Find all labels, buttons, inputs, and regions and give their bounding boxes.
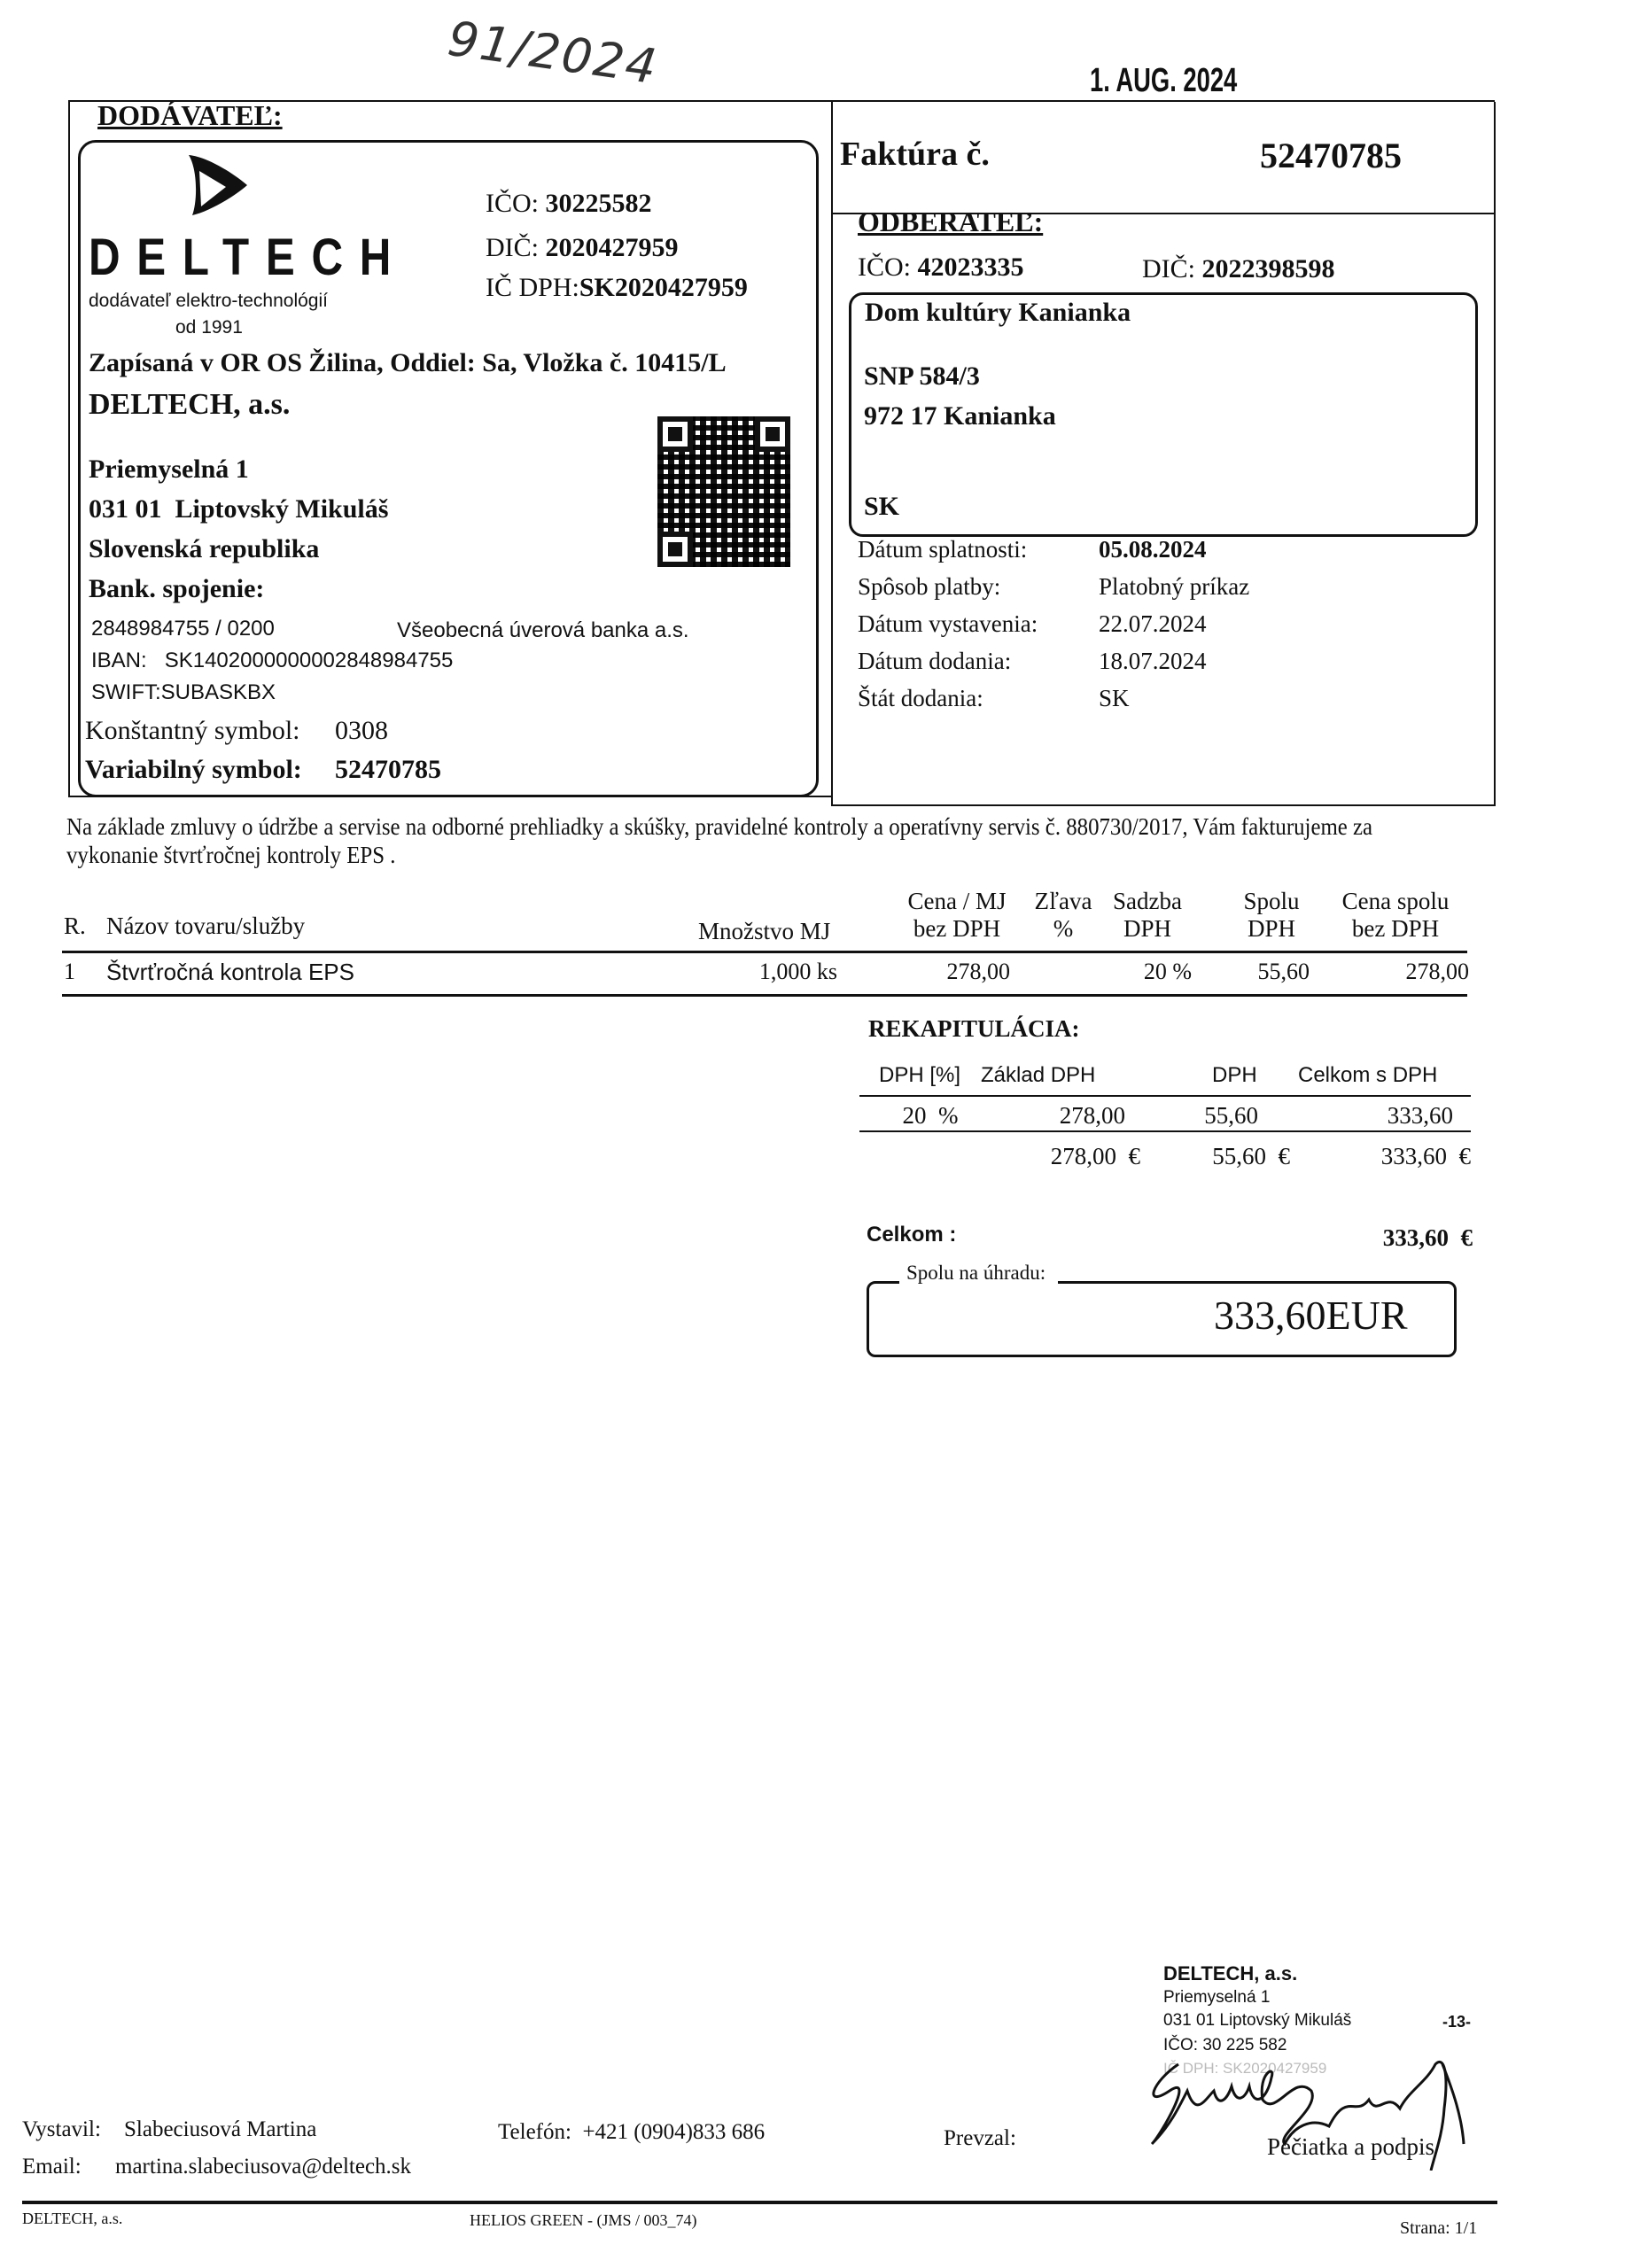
customer-city: 972 17 Kanianka bbox=[864, 401, 1056, 431]
logo-tagline: dodávateľ elektro-technológií bbox=[89, 291, 328, 312]
bank-name: Všeobecná úverová banka a.s. bbox=[397, 618, 689, 643]
col-total-l2: bez DPH bbox=[1333, 915, 1458, 943]
col-vat-total-l2: DPH bbox=[1227, 915, 1316, 943]
handwritten-invoice-ref: 91/2024 bbox=[445, 11, 662, 96]
customer-dic-label: DIČ: bbox=[1142, 254, 1195, 283]
date-value: 22.07.2024 bbox=[1099, 610, 1207, 638]
cell-vat-rate: 20 % bbox=[1103, 959, 1192, 985]
col-total: Cena spolu bez DPH bbox=[1333, 888, 1458, 943]
footer-page: Strana: 1/1 bbox=[1400, 2218, 1477, 2239]
stamp-city: 031 01 Liptovský Mikuláš bbox=[1163, 2011, 1351, 2031]
supplier-ico: IČO: 30225582 bbox=[486, 189, 652, 219]
supplier-icdph: IČ DPH:SK2020427959 bbox=[486, 273, 748, 303]
supplier-dic: DIČ: 2020427959 bbox=[486, 233, 679, 263]
dic-label: DIČ: bbox=[486, 233, 539, 262]
email-label: Email: bbox=[22, 2155, 82, 2179]
col-r: R. bbox=[64, 913, 86, 940]
frame-divider bbox=[831, 100, 833, 804]
date-value: 05.08.2024 bbox=[1099, 536, 1207, 563]
issued-by-value: Slabeciusová Martina bbox=[124, 2117, 316, 2142]
email-value[interactable]: martina.slabeciusova@deltech.sk bbox=[115, 2155, 411, 2179]
supplier-city: 031 01 Liptovský Mikuláš bbox=[89, 494, 388, 524]
col-vat-total-l1: Spolu bbox=[1227, 888, 1316, 915]
col-unit-price-l1: Cena / MJ bbox=[895, 888, 1019, 915]
recap-col-total: Celkom s DPH bbox=[1298, 1063, 1437, 1088]
received-date-stamp: 1. AUG. 2024 bbox=[1090, 62, 1237, 100]
constant-symbol-value: 0308 bbox=[335, 716, 388, 746]
dic-value: 2020427959 bbox=[546, 233, 679, 262]
col-vat-rate: Sadzba DPH bbox=[1103, 888, 1192, 943]
recap-sum-rule bbox=[859, 1130, 1471, 1132]
cell-unit-price: 278,00 bbox=[895, 959, 1010, 985]
supplier-street: Priemyselná 1 bbox=[89, 454, 249, 485]
cell-name: Štvrťročná kontrola EPS bbox=[106, 959, 638, 986]
bank-iban: IBAN: SK1402000000002848984755 bbox=[91, 649, 453, 673]
supplier-country: Slovenská republika bbox=[89, 534, 319, 564]
supplier-name: DELTECH, a.s. bbox=[89, 388, 290, 422]
recap-sum-total: 333,60 € bbox=[1311, 1143, 1471, 1170]
amount-due-currency: EUR bbox=[1326, 1293, 1408, 1338]
date-label: Dátum vystavenia: bbox=[858, 610, 1038, 638]
frame-left bbox=[68, 100, 70, 797]
amount-due-number: 333,60 bbox=[1214, 1293, 1326, 1338]
date-label: Dátum dodania: bbox=[858, 648, 1011, 675]
invoice-title: Faktúra č. bbox=[840, 135, 990, 174]
supplier-heading: DODÁVATEĽ: bbox=[97, 99, 283, 132]
cell-r: 1 bbox=[64, 959, 90, 985]
frame-right bbox=[1494, 102, 1496, 806]
col-vat-rate-l1: Sadzba bbox=[1103, 888, 1192, 915]
amount-due-label: Spolu na úhradu: bbox=[899, 1262, 1058, 1285]
grand-total-label: Celkom : bbox=[867, 1223, 956, 1247]
swift-value: SUBASKBX bbox=[161, 680, 276, 704]
recap-sum-vat: 55,60 € bbox=[1152, 1143, 1290, 1170]
customer-dic: DIČ: 2022398598 bbox=[1142, 254, 1335, 284]
bank-heading: Bank. spojenie: bbox=[89, 574, 264, 604]
stamp-company: DELTECH, a.s. bbox=[1163, 1962, 1297, 1985]
customer-ico: IČO: 42023335 bbox=[858, 252, 1024, 283]
cell-vat-total: 55,60 bbox=[1214, 959, 1310, 985]
col-total-l1: Cena spolu bbox=[1333, 888, 1458, 915]
col-discount-l2: % bbox=[1028, 915, 1099, 943]
grand-total-value: 333,60 € bbox=[1311, 1224, 1473, 1252]
bank-account: 2848984755 / 0200 bbox=[91, 617, 275, 641]
recap-cell-rate: 20 % bbox=[877, 1102, 983, 1130]
col-vat-rate-l2: DPH bbox=[1103, 915, 1192, 943]
col-qty: Množstvo MJ bbox=[698, 918, 830, 945]
description-line-1: Na základe zmluvy o údržbe a servise na … bbox=[66, 813, 1372, 841]
customer-country: SK bbox=[864, 492, 899, 522]
amount-due-value: 333,60EUR bbox=[1214, 1292, 1408, 1339]
swift-label: SWIFT: bbox=[91, 680, 161, 704]
date-value: 18.07.2024 bbox=[1099, 648, 1207, 675]
page-mark: -13- bbox=[1442, 2013, 1471, 2031]
date-label: Spôsob platby: bbox=[858, 573, 1000, 601]
footer-rule bbox=[22, 2201, 1497, 2204]
recap-sum-base: 278,00 € bbox=[939, 1143, 1140, 1170]
cell-total: 278,00 bbox=[1329, 959, 1469, 985]
icdph-value: SK2020427959 bbox=[579, 273, 748, 302]
recap-cell-vat: 55,60 bbox=[1152, 1102, 1258, 1130]
received-by-label: Prevzal: bbox=[944, 2126, 1016, 2151]
customer-name: Dom kultúry Kanianka bbox=[865, 298, 1131, 328]
logo-since: od 1991 bbox=[175, 317, 243, 338]
customer-ico-value: 42023335 bbox=[918, 252, 1024, 282]
col-discount-l1: Zľava bbox=[1028, 888, 1099, 915]
col-name: Názov tovaru/služby bbox=[106, 913, 305, 940]
footer-software: HELIOS GREEN - (JMS / 003_74) bbox=[470, 2211, 697, 2230]
variable-symbol-label: Variabilný symbol: bbox=[85, 755, 302, 785]
description-line-2: vykonanie štvrťročnej kontroly EPS . bbox=[66, 842, 395, 869]
stamp-street: Priemyselná 1 bbox=[1163, 1988, 1270, 2008]
items-header-rule bbox=[62, 951, 1467, 953]
ico-value: 30225582 bbox=[546, 189, 652, 218]
col-discount: Zľava % bbox=[1028, 888, 1099, 943]
date-value: SK bbox=[1099, 685, 1130, 712]
payment-qr-code-icon bbox=[657, 416, 790, 567]
phone-value: +421 (0904)833 686 bbox=[582, 2120, 765, 2144]
recap-col-base: Základ DPH bbox=[981, 1063, 1095, 1088]
icdph-label: IČ DPH: bbox=[486, 273, 579, 302]
ico-label: IČO: bbox=[486, 189, 539, 218]
customer-ico-label: IČO: bbox=[858, 252, 911, 282]
logo-text: DELTECH bbox=[89, 228, 408, 287]
stamp-caption: Pečiatka a podpis bbox=[1267, 2133, 1434, 2161]
cell-qty: 1,000 ks bbox=[691, 959, 837, 985]
customer-dic-value: 2022398598 bbox=[1202, 254, 1335, 283]
iban-value: SK1402000000002848984755 bbox=[165, 649, 454, 672]
issued-by-label: Vystavil: bbox=[22, 2117, 101, 2142]
col-unit-price: Cena / MJ bez DPH bbox=[895, 888, 1019, 943]
recap-col-rate: DPH [%] bbox=[879, 1063, 960, 1088]
phone-label: Telefón: bbox=[498, 2120, 571, 2144]
iban-label: IBAN: bbox=[91, 649, 147, 672]
recap-heading: REKAPITULÁCIA: bbox=[868, 1015, 1080, 1043]
deltech-triangle-logo-icon bbox=[182, 148, 253, 219]
recap-header-rule bbox=[859, 1095, 1471, 1097]
customer-heading: ODBERATEĽ: bbox=[858, 206, 1043, 238]
constant-symbol-label: Konštantný symbol: bbox=[85, 716, 300, 746]
recap-cell-total: 333,60 bbox=[1311, 1102, 1453, 1130]
recap-cell-base: 278,00 bbox=[992, 1102, 1125, 1130]
col-vat-total: Spolu DPH bbox=[1227, 888, 1316, 943]
invoice-number: 52470785 bbox=[1260, 135, 1402, 176]
supplier-registration: Zapísaná v OR OS Žilina, Oddiel: Sa, Vlo… bbox=[89, 348, 727, 378]
frame-bottom-right bbox=[831, 804, 1496, 806]
date-value: Platobný príkaz bbox=[1099, 573, 1249, 601]
col-unit-price-l2: bez DPH bbox=[895, 915, 1019, 943]
phone: Telefón: +421 (0904)833 686 bbox=[498, 2120, 765, 2145]
recap-col-vat: DPH bbox=[1212, 1063, 1257, 1088]
footer-company: DELTECH, a.s. bbox=[22, 2210, 122, 2228]
bank-swift: SWIFT:SUBASKBX bbox=[91, 680, 276, 705]
items-bottom-rule bbox=[62, 994, 1467, 997]
customer-street: SNP 584/3 bbox=[864, 361, 980, 392]
variable-symbol-value: 52470785 bbox=[335, 755, 441, 785]
date-label: Štát dodania: bbox=[858, 685, 983, 712]
date-label: Dátum splatnosti: bbox=[858, 536, 1027, 563]
